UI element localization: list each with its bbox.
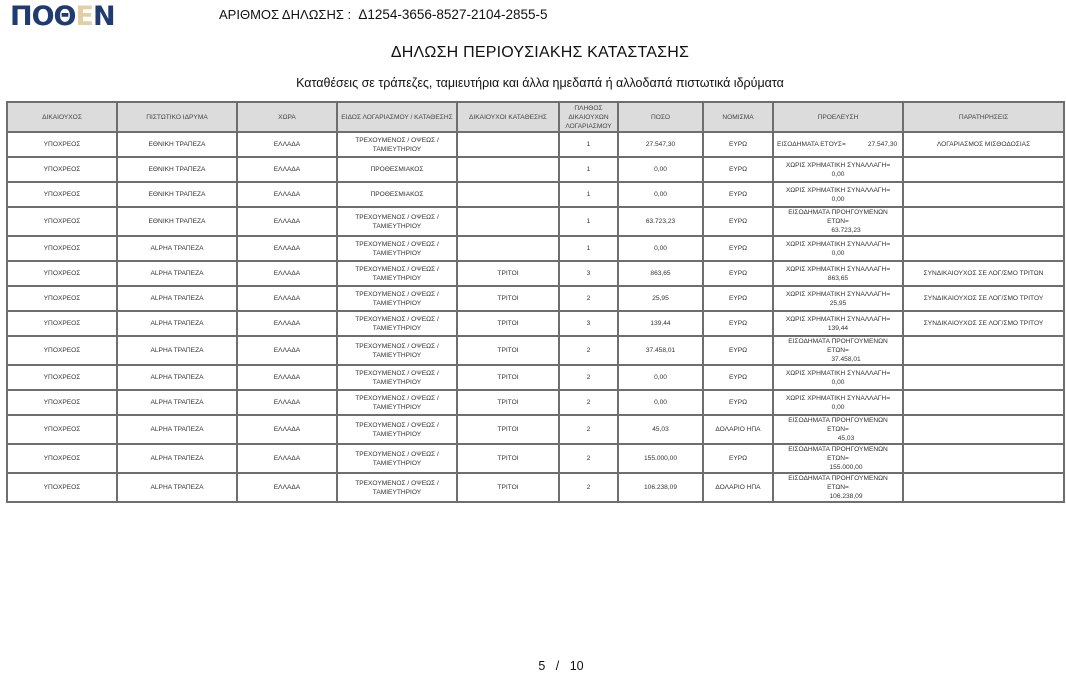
cell-beneficiary: ΥΠΟΧΡΕΟΣ <box>7 132 117 157</box>
cell-co-holders <box>457 236 559 261</box>
table-row: ΥΠΟΧΡΕΟΣALPHA ΤΡΑΠΕΖΑΕΛΛΑΔΑΤΡΕΧΟΥΜΕΝΟΣ /… <box>7 336 1064 365</box>
table-row: ΥΠΟΧΡΕΟΣALPHA ΤΡΑΠΕΖΑΕΛΛΑΔΑΤΡΕΧΟΥΜΕΝΟΣ /… <box>7 415 1064 444</box>
cell-currency: ΕΥΡΩ <box>703 311 773 336</box>
cell-remarks: ΣΥΝΔΙΚΑΙΟΥΧΟΣ ΣΕ ΛΟΓ/ΣΜΟ ΤΡΙΤΟΥ <box>903 311 1064 336</box>
cell-beneficiary: ΥΠΟΧΡΕΟΣ <box>7 473 117 502</box>
cell-beneficiary: ΥΠΟΧΡΕΟΣ <box>7 365 117 390</box>
table-row: ΥΠΟΧΡΕΟΣALPHA ΤΡΑΠΕΖΑΕΛΛΑΔΑΤΡΕΧΟΥΜΕΝΟΣ /… <box>7 473 1064 502</box>
cell-currency: ΕΥΡΩ <box>703 444 773 473</box>
cell-origin: ΕΙΣΟΔΗΜΑΤΑ ΠΡΟΗΓΟΥΜΕΝΩΝ ΕΤΩΝ=63.723,23 <box>773 207 903 236</box>
origin-amount: 45,03 <box>838 435 855 442</box>
cell-co-holders <box>457 207 559 236</box>
cell-origin: ΧΩΡΙΣ ΧΡΗΜΑΤΙΚΗ ΣΥΝΑΛΛΑΓΗ=0,00 <box>773 236 903 261</box>
table-row: ΥΠΟΧΡΕΟΣΕΘΝΙΚΗ ΤΡΑΠΕΖΑΕΛΛΑΔΑΠΡΟΘΕΣΜΙΑΚΟΣ… <box>7 182 1064 207</box>
cell-holders-count: 2 <box>559 473 618 502</box>
cell-institution: ΕΘΝΙΚΗ ΤΡΑΠΕΖΑ <box>117 132 237 157</box>
cell-institution: ΕΘΝΙΚΗ ΤΡΑΠΕΖΑ <box>117 182 237 207</box>
logo-text-end: Ν <box>93 1 115 32</box>
cell-country: ΕΛΛΑΔΑ <box>237 236 337 261</box>
cell-beneficiary: ΥΠΟΧΡΕΟΣ <box>7 311 117 336</box>
cell-currency: ΕΥΡΩ <box>703 261 773 286</box>
table-row: ΥΠΟΧΡΕΟΣΕΘΝΙΚΗ ΤΡΑΠΕΖΑΕΛΛΑΔΑΠΡΟΘΕΣΜΙΑΚΟΣ… <box>7 157 1064 182</box>
header-co-holders: ΔΙΚΑΙΟΥΧΟΙ ΚΑΤΑΘΕΣΗΣ <box>457 102 559 132</box>
cell-account-type: ΤΡΕΧΟΥΜΕΝΟΣ / ΟΨΕΩΣ / ΤΑΜΙΕΥΤΗΡΙΟΥ <box>337 473 457 502</box>
cell-institution: ALPHA ΤΡΑΠΕΖΑ <box>117 365 237 390</box>
cell-currency: ΕΥΡΩ <box>703 336 773 365</box>
cell-holders-count: 2 <box>559 444 618 473</box>
cell-holders-count: 3 <box>559 311 618 336</box>
cell-co-holders: ΤΡΙΤΟΙ <box>457 365 559 390</box>
cell-beneficiary: ΥΠΟΧΡΕΟΣ <box>7 236 117 261</box>
cell-account-type: ΤΡΕΧΟΥΜΕΝΟΣ / ΟΨΕΩΣ / ΤΑΜΙΕΥΤΗΡΙΟΥ <box>337 336 457 365</box>
cell-account-type: ΠΡΟΘΕΣΜΙΑΚΟΣ <box>337 182 457 207</box>
cell-currency: ΔΟΛΑΡΙΟ ΗΠΑ <box>703 415 773 444</box>
cell-account-type: ΤΡΕΧΟΥΜΕΝΟΣ / ΟΨΕΩΣ / ΤΑΜΙΕΥΤΗΡΙΟΥ <box>337 261 457 286</box>
cell-country: ΕΛΛΑΔΑ <box>237 365 337 390</box>
origin-amount: 155.000,00 <box>829 464 862 471</box>
cell-beneficiary: ΥΠΟΧΡΕΟΣ <box>7 444 117 473</box>
origin-amount: 27.547,30 <box>868 141 897 148</box>
cell-amount: 0,00 <box>618 157 703 182</box>
header-country: ΧΩΡΑ <box>237 102 337 132</box>
table-row: ΥΠΟΧΡΕΟΣALPHA ΤΡΑΠΕΖΑΕΛΛΑΔΑΤΡΕΧΟΥΜΕΝΟΣ /… <box>7 311 1064 336</box>
logo-text: ΠΟΘ <box>10 1 76 32</box>
cell-currency: ΕΥΡΩ <box>703 365 773 390</box>
cell-origin: ΧΩΡΙΣ ΧΡΗΜΑΤΙΚΗ ΣΥΝΑΛΛΑΓΗ=0,00 <box>773 365 903 390</box>
cell-account-type: ΤΡΕΧΟΥΜΕΝΟΣ / ΟΨΕΩΣ / ΤΑΜΙΕΥΤΗΡΙΟΥ <box>337 444 457 473</box>
cell-institution: ALPHA ΤΡΑΠΕΖΑ <box>117 261 237 286</box>
header-holders-count: ΠΛΗΘΟΣ ΔΙΚΑΙΟΥΧΩΝ ΛΟΓΑΡΙΑΣΜΟΥ <box>559 102 618 132</box>
declaration-number-line: ΑΡΙΘΜΟΣ ΔΗΛΩΣΗΣ : Δ1254-3656-8527-2104-2… <box>219 7 548 22</box>
origin-label: ΧΩΡΙΣ ΧΡΗΜΑΤΙΚΗ ΣΥΝΑΛΛΑΓΗ= <box>777 186 899 195</box>
cell-holders-count: 1 <box>559 132 618 157</box>
section-subtitle: Καταθέσεις σε τράπεζες, ταμιευτήρια και … <box>0 76 1066 90</box>
cell-institution: ALPHA ΤΡΑΠΕΖΑ <box>117 390 237 415</box>
cell-country: ΕΛΛΑΔΑ <box>237 132 337 157</box>
cell-amount: 0,00 <box>618 390 703 415</box>
cell-amount: 63.723,23 <box>618 207 703 236</box>
cell-currency: ΕΥΡΩ <box>703 236 773 261</box>
table-header-row: ΔΙΚΑΙΟΥΧΟΣΠΙΣΤΩΤΙΚΟ ΙΔΡΥΜΑΧΩΡΑΕΙΔΟΣ ΛΟΓΑ… <box>7 102 1064 132</box>
origin-amount: 37.458,01 <box>831 356 860 363</box>
current-page: 5 <box>538 659 545 673</box>
cell-remarks <box>903 415 1064 444</box>
cell-co-holders: ΤΡΙΤΟΙ <box>457 473 559 502</box>
cell-holders-count: 2 <box>559 365 618 390</box>
cell-origin: ΧΩΡΙΣ ΧΡΗΜΑΤΙΚΗ ΣΥΝΑΛΛΑΓΗ=863,65 <box>773 261 903 286</box>
cell-country: ΕΛΛΑΔΑ <box>237 182 337 207</box>
origin-amount: 63.723,23 <box>831 227 860 234</box>
cell-currency: ΕΥΡΩ <box>703 182 773 207</box>
declaration-number-label: ΑΡΙΘΜΟΣ ΔΗΛΩΣΗΣ : <box>219 7 351 22</box>
logo-accent-letter: Ε <box>76 1 93 32</box>
table-row: ΥΠΟΧΡΕΟΣALPHA ΤΡΑΠΕΖΑΕΛΛΑΔΑΤΡΕΧΟΥΜΕΝΟΣ /… <box>7 444 1064 473</box>
origin-label: ΕΙΣΟΔΗΜΑΤΑ ΠΡΟΗΓΟΥΜΕΝΩΝ ΕΤΩΝ= <box>777 208 899 226</box>
cell-beneficiary: ΥΠΟΧΡΕΟΣ <box>7 207 117 236</box>
cell-holders-count: 2 <box>559 415 618 444</box>
origin-amount: 0,00 <box>832 379 845 386</box>
cell-holders-count: 2 <box>559 336 618 365</box>
cell-country: ΕΛΛΑΔΑ <box>237 261 337 286</box>
cell-co-holders: ΤΡΙΤΟΙ <box>457 390 559 415</box>
cell-amount: 0,00 <box>618 182 703 207</box>
origin-label: ΕΙΣΟΔΗΜΑΤΑ ΠΡΟΗΓΟΥΜΕΝΩΝ ΕΤΩΝ= <box>777 474 899 492</box>
cell-origin: ΕΙΣΟΔΗΜΑΤΑ ΠΡΟΗΓΟΥΜΕΝΩΝ ΕΤΩΝ=37.458,01 <box>773 336 903 365</box>
origin-amount: 139,44 <box>828 325 848 332</box>
cell-remarks <box>903 365 1064 390</box>
cell-holders-count: 2 <box>559 390 618 415</box>
cell-origin: ΕΙΣΟΔΗΜΑΤΑ ΠΡΟΗΓΟΥΜΕΝΩΝ ΕΤΩΝ=45,03 <box>773 415 903 444</box>
deposits-table: ΔΙΚΑΙΟΥΧΟΣΠΙΣΤΩΤΙΚΟ ΙΔΡΥΜΑΧΩΡΑΕΙΔΟΣ ΛΟΓΑ… <box>6 101 1065 503</box>
cell-institution: ALPHA ΤΡΑΠΕΖΑ <box>117 311 237 336</box>
cell-origin: ΧΩΡΙΣ ΧΡΗΜΑΤΙΚΗ ΣΥΝΑΛΛΑΓΗ=0,00 <box>773 390 903 415</box>
cell-holders-count: 1 <box>559 236 618 261</box>
cell-country: ΕΛΛΑΔΑ <box>237 390 337 415</box>
header-remarks: ΠΑΡΑΤΗΡΗΣΕΙΣ <box>903 102 1064 132</box>
cell-amount: 25,95 <box>618 286 703 311</box>
cell-remarks <box>903 336 1064 365</box>
cell-amount: 0,00 <box>618 365 703 390</box>
header-origin: ΠΡΟΕΛΕΥΣΗ <box>773 102 903 132</box>
cell-amount: 155.000,00 <box>618 444 703 473</box>
cell-origin: ΧΩΡΙΣ ΧΡΗΜΑΤΙΚΗ ΣΥΝΑΛΛΑΓΗ=139,44 <box>773 311 903 336</box>
origin-amount: 0,00 <box>832 196 845 203</box>
origin-amount: 0,00 <box>832 250 845 257</box>
table-row: ΥΠΟΧΡΕΟΣALPHA ΤΡΑΠΕΖΑΕΛΛΑΔΑΤΡΕΧΟΥΜΕΝΟΣ /… <box>7 261 1064 286</box>
cell-co-holders <box>457 132 559 157</box>
cell-account-type: ΤΡΕΧΟΥΜΕΝΟΣ / ΟΨΕΩΣ / ΤΑΜΙΕΥΤΗΡΙΟΥ <box>337 132 457 157</box>
origin-label: ΕΙΣΟΔΗΜΑΤΑ ΠΡΟΗΓΟΥΜΕΝΩΝ ΕΤΩΝ= <box>777 337 899 355</box>
cell-holders-count: 1 <box>559 207 618 236</box>
origin-label: ΧΩΡΙΣ ΧΡΗΜΑΤΙΚΗ ΣΥΝΑΛΛΑΓΗ= <box>777 369 899 378</box>
header-amount: ΠΟΣΟ <box>618 102 703 132</box>
cell-co-holders: ΤΡΙΤΟΙ <box>457 261 559 286</box>
page-title: ΔΗΛΩΣΗ ΠΕΡΙΟΥΣΙΑΚΗΣ ΚΑΤΑΣΤΑΣΗΣ <box>0 44 1066 62</box>
origin-label: ΕΙΣΟΔΗΜΑΤΑ ΕΤΟΥΣ= <box>777 141 846 148</box>
cell-remarks <box>903 182 1064 207</box>
cell-country: ΕΛΛΑΔΑ <box>237 415 337 444</box>
origin-label: ΕΙΣΟΔΗΜΑΤΑ ΠΡΟΗΓΟΥΜΕΝΩΝ ΕΤΩΝ= <box>777 445 899 463</box>
cell-account-type: ΤΡΕΧΟΥΜΕΝΟΣ / ΟΨΕΩΣ / ΤΑΜΙΕΥΤΗΡΙΟΥ <box>337 236 457 261</box>
table-row: ΥΠΟΧΡΕΟΣALPHA ΤΡΑΠΕΖΑΕΛΛΑΔΑΤΡΕΧΟΥΜΕΝΟΣ /… <box>7 286 1064 311</box>
origin-amount: 0,00 <box>832 171 845 178</box>
cell-origin: ΕΙΣΟΔΗΜΑΤΑ ΕΤΟΥΣ=27.547,30 <box>773 132 903 157</box>
header-beneficiary: ΔΙΚΑΙΟΥΧΟΣ <box>7 102 117 132</box>
cell-beneficiary: ΥΠΟΧΡΕΟΣ <box>7 157 117 182</box>
origin-label: ΧΩΡΙΣ ΧΡΗΜΑΤΙΚΗ ΣΥΝΑΛΛΑΓΗ= <box>777 315 899 324</box>
cell-amount: 106.238,09 <box>618 473 703 502</box>
cell-origin: ΧΩΡΙΣ ΧΡΗΜΑΤΙΚΗ ΣΥΝΑΛΛΑΓΗ=0,00 <box>773 182 903 207</box>
cell-co-holders <box>457 157 559 182</box>
origin-label: ΧΩΡΙΣ ΧΡΗΜΑΤΙΚΗ ΣΥΝΑΛΛΑΓΗ= <box>777 394 899 403</box>
poten-logo: ΠΟΘΕΝ <box>10 1 115 33</box>
cell-institution: ALPHA ΤΡΑΠΕΖΑ <box>117 286 237 311</box>
cell-amount: 37.458,01 <box>618 336 703 365</box>
cell-account-type: ΤΡΕΧΟΥΜΕΝΟΣ / ΟΨΕΩΣ / ΤΑΜΙΕΥΤΗΡΙΟΥ <box>337 286 457 311</box>
cell-origin: ΕΙΣΟΔΗΜΑΤΑ ΠΡΟΗΓΟΥΜΕΝΩΝ ΕΤΩΝ=155.000,00 <box>773 444 903 473</box>
cell-country: ΕΛΛΑΔΑ <box>237 311 337 336</box>
origin-label: ΕΙΣΟΔΗΜΑΤΑ ΠΡΟΗΓΟΥΜΕΝΩΝ ΕΤΩΝ= <box>777 416 899 434</box>
cell-amount: 27.547,30 <box>618 132 703 157</box>
cell-beneficiary: ΥΠΟΧΡΕΟΣ <box>7 286 117 311</box>
cell-institution: ALPHA ΤΡΑΠΕΖΑ <box>117 444 237 473</box>
cell-beneficiary: ΥΠΟΧΡΕΟΣ <box>7 336 117 365</box>
cell-co-holders: ΤΡΙΤΟΙ <box>457 444 559 473</box>
cell-remarks <box>903 444 1064 473</box>
cell-beneficiary: ΥΠΟΧΡΕΟΣ <box>7 182 117 207</box>
cell-institution: ALPHA ΤΡΑΠΕΖΑ <box>117 473 237 502</box>
cell-country: ΕΛΛΑΔΑ <box>237 157 337 182</box>
origin-amount: 25,95 <box>830 300 847 307</box>
cell-holders-count: 1 <box>559 182 618 207</box>
cell-currency: ΕΥΡΩ <box>703 390 773 415</box>
table-row: ΥΠΟΧΡΕΟΣALPHA ΤΡΑΠΕΖΑΕΛΛΑΔΑΤΡΕΧΟΥΜΕΝΟΣ /… <box>7 365 1064 390</box>
cell-amount: 139,44 <box>618 311 703 336</box>
origin-amount: 863,65 <box>828 275 848 282</box>
origin-label: ΧΩΡΙΣ ΧΡΗΜΑΤΙΚΗ ΣΥΝΑΛΛΑΓΗ= <box>777 240 899 249</box>
cell-country: ΕΛΛΑΔΑ <box>237 336 337 365</box>
cell-country: ΕΛΛΑΔΑ <box>237 473 337 502</box>
declaration-number-value: Δ1254-3656-8527-2104-2855-5 <box>358 7 547 22</box>
cell-beneficiary: ΥΠΟΧΡΕΟΣ <box>7 261 117 286</box>
cell-account-type: ΤΡΕΧΟΥΜΕΝΟΣ / ΟΨΕΩΣ / ΤΑΜΙΕΥΤΗΡΙΟΥ <box>337 207 457 236</box>
cell-institution: ΕΘΝΙΚΗ ΤΡΑΠΕΖΑ <box>117 207 237 236</box>
origin-label: ΧΩΡΙΣ ΧΡΗΜΑΤΙΚΗ ΣΥΝΑΛΛΑΓΗ= <box>777 290 899 299</box>
cell-holders-count: 1 <box>559 157 618 182</box>
cell-institution: ALPHA ΤΡΑΠΕΖΑ <box>117 415 237 444</box>
origin-amount: 106.238,09 <box>829 493 862 500</box>
cell-account-type: ΠΡΟΘΕΣΜΙΑΚΟΣ <box>337 157 457 182</box>
cell-co-holders: ΤΡΙΤΟΙ <box>457 286 559 311</box>
cell-account-type: ΤΡΕΧΟΥΜΕΝΟΣ / ΟΨΕΩΣ / ΤΑΜΙΕΥΤΗΡΙΟΥ <box>337 415 457 444</box>
cell-amount: 863,65 <box>618 261 703 286</box>
cell-co-holders: ΤΡΙΤΟΙ <box>457 311 559 336</box>
cell-country: ΕΛΛΑΔΑ <box>237 286 337 311</box>
cell-account-type: ΤΡΕΧΟΥΜΕΝΟΣ / ΟΨΕΩΣ / ΤΑΜΙΕΥΤΗΡΙΟΥ <box>337 311 457 336</box>
cell-currency: ΕΥΡΩ <box>703 286 773 311</box>
cell-remarks: ΣΥΝΔΙΚΑΙΟΥΧΟΣ ΣΕ ΛΟΓ/ΣΜΟ ΤΡΙΤΟΥ <box>903 286 1064 311</box>
table-row: ΥΠΟΧΡΕΟΣALPHA ΤΡΑΠΕΖΑΕΛΛΑΔΑΤΡΕΧΟΥΜΕΝΟΣ /… <box>7 236 1064 261</box>
cell-currency: ΕΥΡΩ <box>703 207 773 236</box>
origin-label: ΧΩΡΙΣ ΧΡΗΜΑΤΙΚΗ ΣΥΝΑΛΛΑΓΗ= <box>777 161 899 170</box>
cell-origin: ΧΩΡΙΣ ΧΡΗΜΑΤΙΚΗ ΣΥΝΑΛΛΑΓΗ=25,95 <box>773 286 903 311</box>
cell-remarks <box>903 473 1064 502</box>
cell-co-holders: ΤΡΙΤΟΙ <box>457 336 559 365</box>
cell-remarks <box>903 157 1064 182</box>
cell-currency: ΕΥΡΩ <box>703 132 773 157</box>
cell-currency: ΕΥΡΩ <box>703 157 773 182</box>
cell-remarks <box>903 390 1064 415</box>
cell-amount: 0,00 <box>618 236 703 261</box>
cell-origin: ΕΙΣΟΔΗΜΑΤΑ ΠΡΟΗΓΟΥΜΕΝΩΝ ΕΤΩΝ=106.238,09 <box>773 473 903 502</box>
cell-co-holders <box>457 182 559 207</box>
cell-account-type: ΤΡΕΧΟΥΜΕΝΟΣ / ΟΨΕΩΣ / ΤΑΜΙΕΥΤΗΡΙΟΥ <box>337 365 457 390</box>
cell-co-holders: ΤΡΙΤΟΙ <box>457 415 559 444</box>
header-account-type: ΕΙΔΟΣ ΛΟΓΑΡΙΑΣΜΟΥ / ΚΑΤΑΘΕΣΗΣ <box>337 102 457 132</box>
cell-country: ΕΛΛΑΔΑ <box>237 207 337 236</box>
header-institution: ΠΙΣΤΩΤΙΚΟ ΙΔΡΥΜΑ <box>117 102 237 132</box>
page-indicator: 5 / 10 <box>0 659 1066 673</box>
cell-institution: ALPHA ΤΡΑΠΕΖΑ <box>117 336 237 365</box>
cell-remarks <box>903 236 1064 261</box>
cell-institution: ΕΘΝΙΚΗ ΤΡΑΠΕΖΑ <box>117 157 237 182</box>
total-pages: 10 <box>570 659 584 673</box>
cell-remarks <box>903 207 1064 236</box>
cell-country: ΕΛΛΑΔΑ <box>237 444 337 473</box>
origin-amount: 0,00 <box>832 404 845 411</box>
cell-holders-count: 2 <box>559 286 618 311</box>
header-currency: ΝΟΜΙΣΜΑ <box>703 102 773 132</box>
cell-amount: 45,03 <box>618 415 703 444</box>
page-separator: / <box>556 659 559 673</box>
table-row: ΥΠΟΧΡΕΟΣΕΘΝΙΚΗ ΤΡΑΠΕΖΑΕΛΛΑΔΑΤΡΕΧΟΥΜΕΝΟΣ … <box>7 207 1064 236</box>
cell-remarks: ΣΥΝΔΙΚΑΙΟΥΧΟΣ ΣΕ ΛΟΓ/ΣΜΟ ΤΡΙΤΩΝ <box>903 261 1064 286</box>
cell-account-type: ΤΡΕΧΟΥΜΕΝΟΣ / ΟΨΕΩΣ / ΤΑΜΙΕΥΤΗΡΙΟΥ <box>337 390 457 415</box>
cell-beneficiary: ΥΠΟΧΡΕΟΣ <box>7 390 117 415</box>
cell-institution: ALPHA ΤΡΑΠΕΖΑ <box>117 236 237 261</box>
table-row: ΥΠΟΧΡΕΟΣALPHA ΤΡΑΠΕΖΑΕΛΛΑΔΑΤΡΕΧΟΥΜΕΝΟΣ /… <box>7 390 1064 415</box>
cell-holders-count: 3 <box>559 261 618 286</box>
origin-label: ΧΩΡΙΣ ΧΡΗΜΑΤΙΚΗ ΣΥΝΑΛΛΑΓΗ= <box>777 265 899 274</box>
table-row: ΥΠΟΧΡΕΟΣΕΘΝΙΚΗ ΤΡΑΠΕΖΑΕΛΛΑΔΑΤΡΕΧΟΥΜΕΝΟΣ … <box>7 132 1064 157</box>
cell-remarks: ΛΟΓΑΡΙΑΣΜΟΣ ΜΙΣΘΟΔΟΣΙΑΣ <box>903 132 1064 157</box>
cell-beneficiary: ΥΠΟΧΡΕΟΣ <box>7 415 117 444</box>
cell-origin: ΧΩΡΙΣ ΧΡΗΜΑΤΙΚΗ ΣΥΝΑΛΛΑΓΗ=0,00 <box>773 157 903 182</box>
cell-currency: ΔΟΛΑΡΙΟ ΗΠΑ <box>703 473 773 502</box>
